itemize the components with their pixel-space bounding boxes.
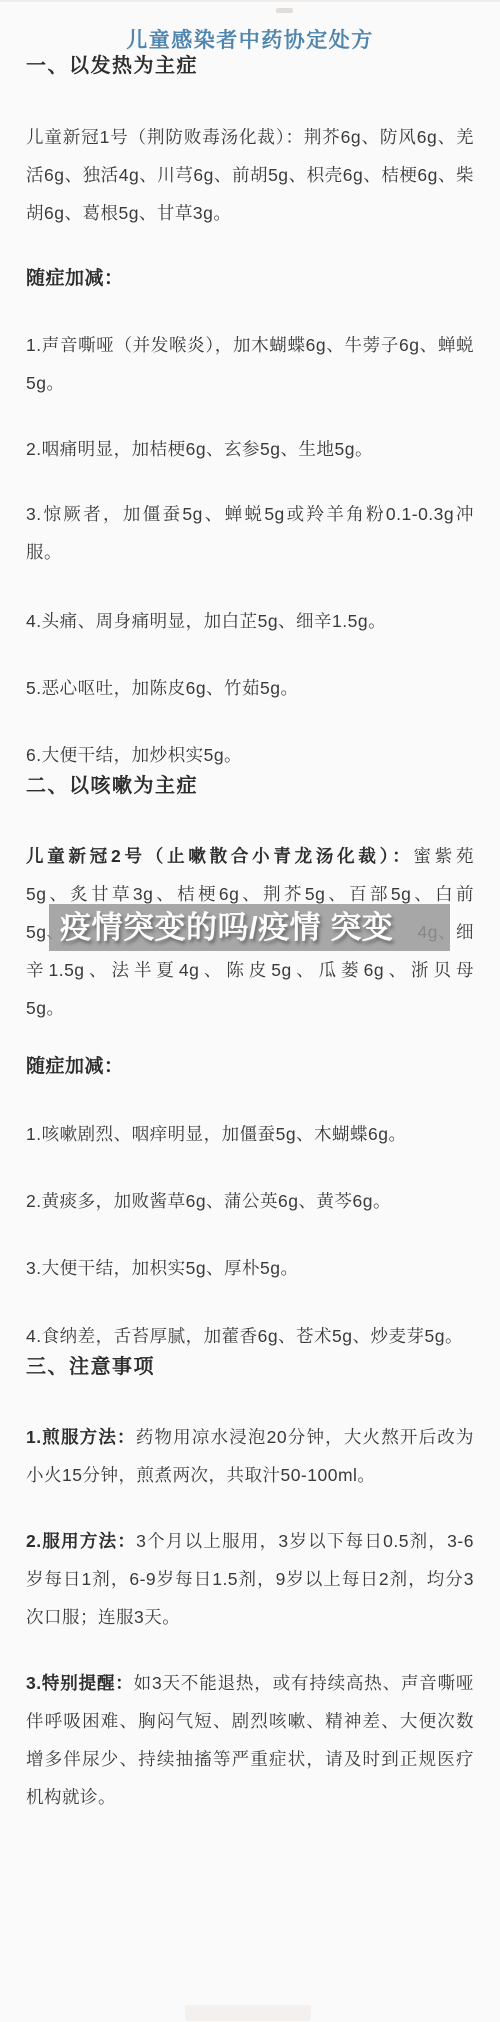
modifications-label-1: 随症加减：	[26, 267, 474, 291]
modification-item-1-6: 6.大便干结，加炒枳实5g。	[26, 736, 474, 774]
prescription-2-line-4: 辛1.5g、法半夏4g、陈皮5g、瓜蒌6g、浙贝母	[26, 951, 474, 989]
modification-item-2-1: 1.咳嗽剧烈、咽痒明显，加僵蚕5g、木蝴蝶6g。	[26, 1115, 474, 1153]
note-3-label: 3.特别提醒：	[26, 1673, 134, 1693]
section-1-heading: 一、以发热为主症	[26, 54, 474, 78]
prescription-2: 儿童新冠2号（止嗽散合小青龙汤化裁）：蜜紫苑 5g、炙甘草3g、桔梗6g、荆芥5…	[26, 837, 474, 1027]
prescription-2-name: 儿童新冠2号（止嗽散合小青龙汤化裁）：	[26, 846, 413, 866]
page-title: 儿童感染者中药协定处方	[26, 28, 474, 54]
note-1-label: 1.煎服方法：	[26, 1427, 136, 1447]
modification-item-2-3: 3.大便干结，加枳实5g、厚朴5g。	[26, 1249, 474, 1287]
modification-item-2-2: 2.黄痰多，加败酱草6g、蒲公英6g、黄芩6g。	[26, 1182, 474, 1220]
prescription-2-line-1: 儿童新冠2号（止嗽散合小青龙汤化裁）：蜜紫苑	[26, 837, 474, 875]
document-page: 儿童感染者中药协定处方 一、以发热为主症 儿童新冠1号（荆防败毒汤化裁）：荆芥6…	[0, 2, 500, 1816]
prescription-2-line-5: 5g。	[26, 989, 474, 1027]
prescription-1: 儿童新冠1号（荆防败毒汤化裁）：荆芥6g、防风6g、羌活6g、独活4g、川芎6g…	[26, 118, 474, 232]
modification-item-1-1: 1.声音嘶哑（并发喉炎），加木蝴蝶6g、牛蒡子6g、蝉蜕5g。	[26, 326, 474, 402]
modification-item-1-2: 2.咽痛明显，加桔梗6g、玄参5g、生地5g。	[26, 430, 474, 468]
note-item-2: 2.服用方法：3个月以上服用，3岁以下每日0.5剂，3-6岁每日1剂，6-9岁每…	[26, 1522, 474, 1636]
modification-item-2-4: 4.食纳差，舌苔厚腻，加藿香6g、苍术5g、炒麦芽5g。	[26, 1317, 474, 1355]
modification-item-1-3: 3.惊厥者，加僵蚕5g、蝉蜕5g或羚羊角粉0.1-0.3g冲服。	[26, 495, 474, 571]
note-item-1: 1.煎服方法：药物用凉水浸泡20分钟，大火熬开后改为小火15分钟，煎煮两次，共取…	[26, 1418, 474, 1494]
watermark-overlay: 疫情突变的吗/疫情 突变	[49, 904, 450, 951]
watermark-text: 疫情突变的吗/疫情 突变	[49, 909, 393, 947]
prescription-1-name: 儿童新冠1号（荆防败毒汤化裁）：	[26, 127, 304, 147]
note-2-label: 2.服用方法：	[26, 1531, 136, 1551]
note-item-3: 3.特别提醒：如3天不能退热，或有持续高热、声音嘶哑伴呼吸困难、胸闷气短、剧烈咳…	[26, 1664, 474, 1816]
section-2-heading: 二、以咳嗽为主症	[26, 774, 474, 798]
section-3-heading: 三、注意事项	[26, 1355, 474, 1379]
modification-item-1-5: 5.恶心呕吐，加陈皮6g、竹茹5g。	[26, 669, 474, 707]
modification-item-1-4: 4.头痛、周身痛明显，加白芷5g、细辛1.5g。	[26, 602, 474, 640]
cropped-watermark-remnant-bottom	[185, 2005, 311, 2021]
cropped-text-remnant-top	[276, 8, 293, 13]
modifications-label-2: 随症加减：	[26, 1055, 474, 1079]
